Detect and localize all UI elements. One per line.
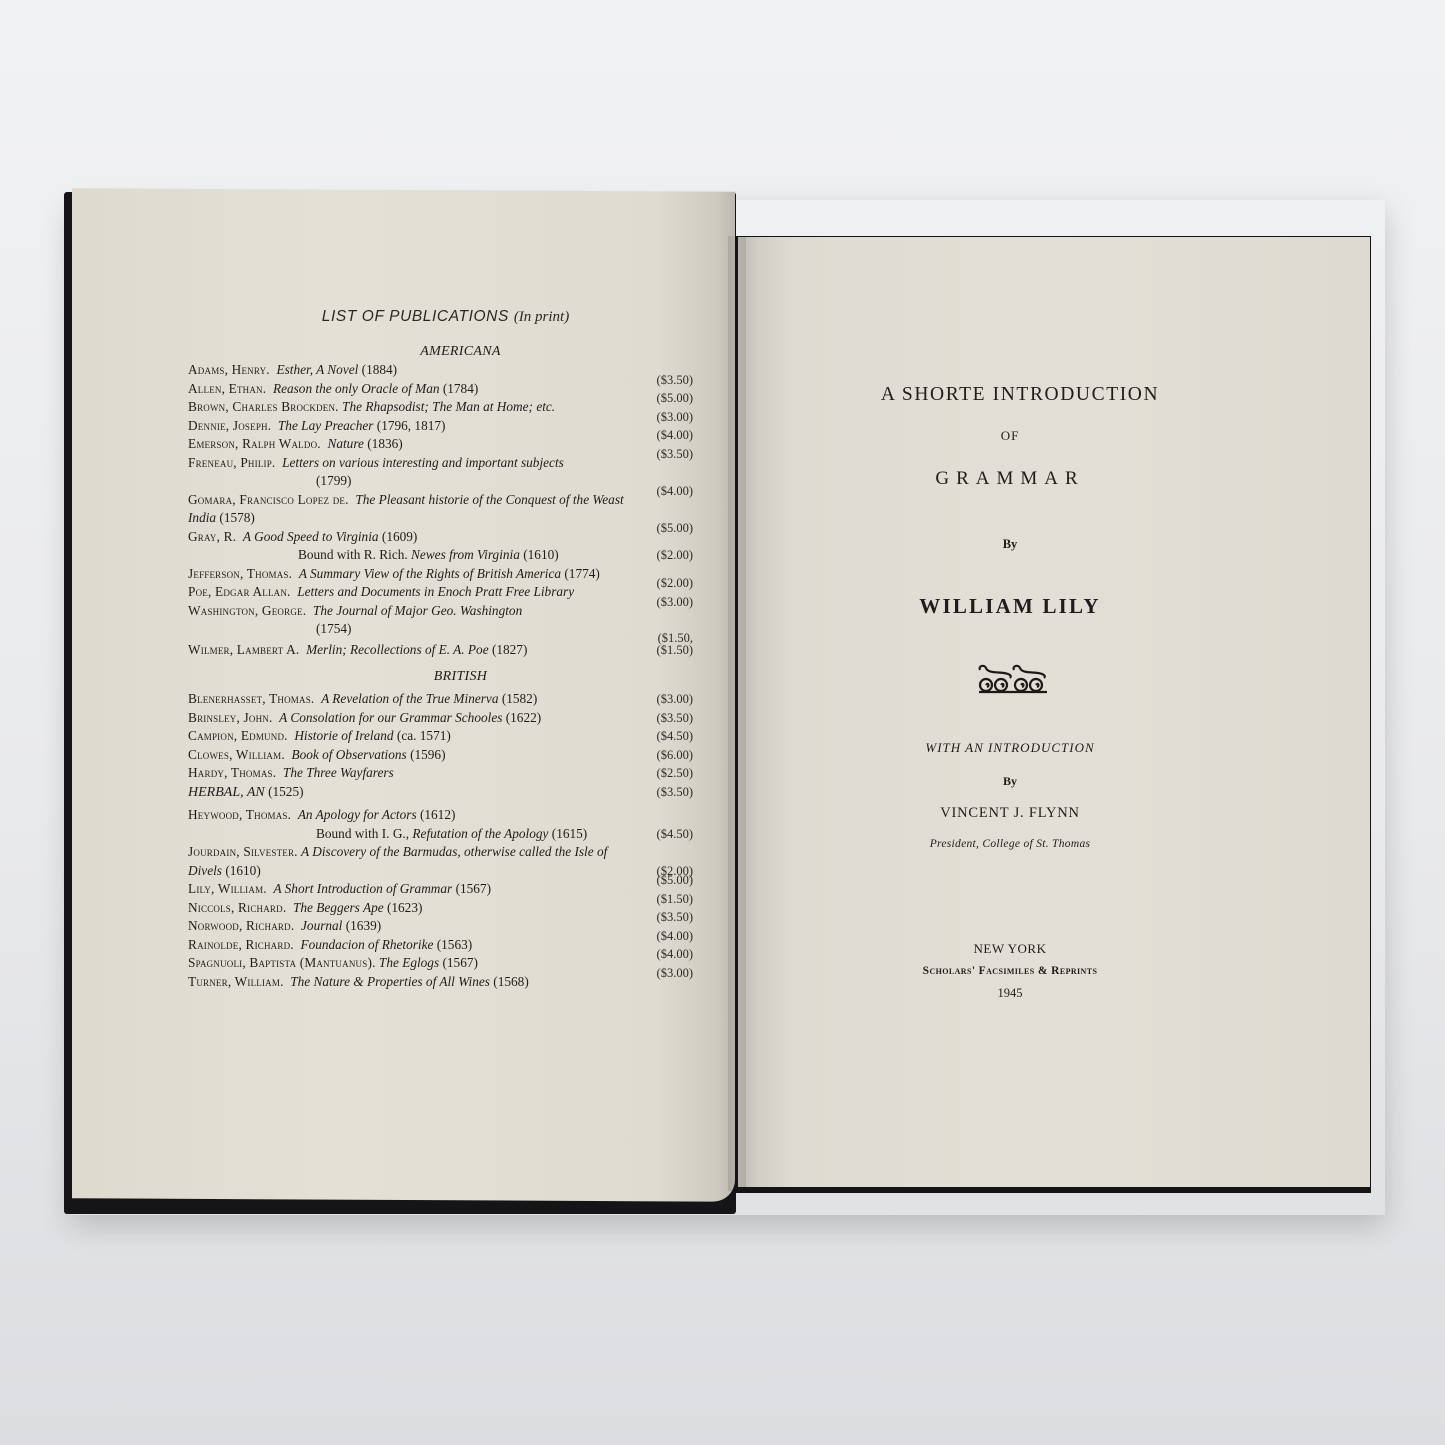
list-item: Allen, Ethan. Reason the only Oracle of …	[188, 380, 693, 399]
entry-price: ($4.00)	[657, 482, 693, 501]
entry-detail: (1774)	[564, 566, 599, 581]
entry-detail: (1612)	[420, 807, 455, 822]
entry-price: ($2.50)	[657, 764, 693, 783]
list-item: Brinsley, John. A Consolation for our Gr…	[188, 709, 693, 728]
entry-detail: (1754)	[188, 620, 635, 639]
bound-with-label: Bound with R. Rich.	[298, 547, 408, 562]
entry-price: ($3.00)	[657, 964, 693, 983]
publication-year: 1945	[740, 986, 1280, 1001]
entry-author: Allen, Ethan.	[188, 381, 266, 396]
entry-author: Campion, Edmund.	[188, 728, 288, 743]
list-item: Niccols, Richard. The Beggers Ape (1623)…	[188, 899, 693, 918]
entry-author: Clowes, William.	[188, 747, 285, 762]
entry-bound-with: Bound with I. G., Refutation of the Apol…	[188, 825, 635, 844]
entry-author: Jourdain, Silvester.	[188, 844, 298, 859]
entry-price: ($4.00)	[657, 927, 693, 946]
entry-work: The Three Wayfarers	[283, 765, 394, 780]
entry-detail: (1596)	[410, 747, 445, 762]
entry-author: Blenerhasset, Thomas.	[188, 691, 314, 706]
entry-detail: (1609)	[382, 529, 417, 544]
list-item: Rainolde, Richard. Foundacion of Rhetori…	[188, 936, 693, 955]
entry-author: Poe, Edgar Allan.	[188, 584, 291, 599]
list-item: Spagnuoli, Baptista (Mantuanus). The Egl…	[188, 954, 693, 973]
entry-detail: (1578)	[219, 510, 254, 525]
entry-author: Freneau, Philip.	[188, 455, 275, 470]
entry-detail: (1622)	[506, 710, 541, 725]
entry-author: Gray, R.	[188, 529, 236, 544]
list-item: Emerson, Ralph Waldo. Nature (1836) ($4.…	[188, 435, 693, 454]
entry-price: ($5.00)	[657, 871, 693, 890]
entry-work: The Nature & Properties of All Wines	[290, 974, 490, 989]
entry-work: Letters on various interesting and impor…	[282, 455, 564, 470]
entry-work: The Lay Preacher	[278, 418, 374, 433]
entry-detail: (1568)	[493, 974, 528, 989]
entry-price: ($3.50)	[657, 908, 693, 927]
entry-detail: (1567)	[456, 881, 491, 896]
list-item: Jourdain, Silvester. A Discovery of the …	[188, 843, 693, 880]
entry-work: An Apology for Actors	[298, 807, 417, 822]
list-item: Heywood, Thomas. An Apology for Actors (…	[188, 806, 693, 843]
entry-detail: (1567)	[442, 955, 477, 970]
list-item: Clowes, William. Book of Observations (1…	[188, 746, 693, 765]
entry-detail: (1563)	[437, 937, 472, 952]
list-item: Hardy, Thomas. The Three Wayfarers ($2.5…	[188, 764, 693, 783]
entry-work: Nature	[327, 436, 363, 451]
bound-with-detail: (1610)	[523, 547, 558, 562]
list-item: Dennie, Joseph. The Lay Preacher (1796, …	[188, 417, 693, 436]
entry-work: Foundacion of Rhetorike	[300, 937, 433, 952]
entry-detail: (1639)	[346, 918, 381, 933]
publisher: Scholars' Facsimiles & Reprints	[740, 965, 1280, 977]
introduction-author-title: President, College of St. Thomas	[740, 838, 1280, 850]
entry-author: Emerson, Ralph Waldo.	[188, 436, 321, 451]
entry-author: Adams, Henry.	[188, 362, 270, 377]
entry-detail: (1623)	[387, 900, 422, 915]
entry-bound-with: Bound with R. Rich. Newes from Virginia …	[188, 546, 635, 565]
entry-author: Washington, George.	[188, 603, 306, 618]
entry-work: The Beggers Ape	[293, 900, 384, 915]
entry-work: The Journal of Major Geo. Washington	[313, 603, 522, 618]
entry-detail: (1796, 1817)	[377, 418, 446, 433]
entry-price: ($6.00)	[657, 746, 693, 765]
entry-work: A Consolation for our Grammar Schooles	[279, 710, 502, 725]
entry-price: ($4.50)	[657, 825, 693, 844]
list-item: Washington, George. The Journal of Major…	[188, 602, 693, 639]
entry-detail: (1836)	[367, 436, 402, 451]
bound-with-work: Newes from Virginia	[411, 547, 520, 562]
introduction-author: VINCENT J. FLYNN	[740, 805, 1280, 822]
entry-price: ($3.50)	[657, 371, 693, 390]
list-heading-text: LIST OF PUBLICATIONS	[322, 308, 509, 325]
entry-work: Letters and Documents in Enoch Pratt Fre…	[297, 584, 574, 599]
list-item: Poe, Edgar Allan. Letters and Documents …	[188, 583, 693, 602]
entry-price: ($3.00)	[657, 408, 693, 427]
entry-work: Journal	[301, 918, 342, 933]
entry-work: Reason the only Oracle of Man	[273, 381, 440, 396]
entry-author: Brinsley, John.	[188, 710, 273, 725]
entry-price: ($1.50)	[657, 641, 693, 660]
entry-work: Esther, A Novel	[276, 362, 358, 377]
entry-price: ($3.50)	[657, 709, 693, 728]
section-americana: AMERICANA	[228, 343, 693, 361]
entry-price: ($3.00)	[657, 593, 693, 612]
entry-detail: (1582)	[502, 691, 537, 706]
entry-price: ($5.00)	[657, 389, 693, 408]
by-label-2: By	[740, 774, 1280, 789]
entry-work: Merlin; Recollections of E. A. Poe	[306, 642, 489, 657]
list-item: HERBAL, AN (1525) ($3.50)	[188, 783, 693, 803]
entry-price: ($4.00)	[657, 426, 693, 445]
bound-with-detail: (1615)	[552, 826, 587, 841]
list-item: Turner, William. The Nature & Properties…	[188, 973, 693, 992]
entry-work: The Rhapsodist; The Man at Home; etc.	[342, 399, 555, 414]
book-title-line3: GRAMMAR	[740, 468, 1280, 490]
entry-author: Jefferson, Thomas.	[188, 566, 292, 581]
list-item: Norwood, Richard. Journal (1639) ($3.50)	[188, 917, 693, 936]
scroll-ornament-icon	[976, 664, 1050, 696]
entry-work: Book of Observations	[292, 747, 407, 762]
book-title-line2: OF	[740, 428, 1280, 444]
entry-author: Heywood, Thomas.	[188, 807, 291, 822]
entry-work: A Revelation of the True Minerva	[321, 691, 498, 706]
entry-detail: (ca. 1571)	[397, 728, 451, 743]
entry-work: The Eglogs	[379, 955, 439, 970]
right-page	[738, 237, 1370, 1187]
entry-price: ($5.00)	[657, 519, 693, 538]
list-item: Jefferson, Thomas. A Summary View of the…	[188, 565, 693, 584]
entry-detail: (1525)	[268, 784, 303, 799]
publication-place: NEW YORK	[740, 941, 1280, 957]
list-item: Adams, Henry. Esther, A Novel (1884)	[188, 361, 693, 380]
entry-work: A Good Speed to Virginia	[243, 529, 379, 544]
bound-with-work: Refutation of the Apology	[412, 826, 548, 841]
list-item: Wilmer, Lambert A. Merlin; Recollections…	[188, 641, 693, 660]
entry-author: Rainolde, Richard.	[188, 937, 294, 952]
list-item: Gray, R. A Good Speed to Virginia (1609)…	[188, 528, 693, 565]
book-gutter	[728, 236, 746, 1191]
bound-with-label: Bound with I. G.,	[316, 826, 409, 841]
entry-detail: (1784)	[443, 381, 478, 396]
entry-price: ($2.00)	[657, 574, 693, 593]
introduction-label: WITH AN INTRODUCTION	[740, 740, 1280, 756]
entry-price: ($3.50)	[657, 783, 693, 802]
list-item: Blenerhasset, Thomas. A Revelation of th…	[188, 690, 693, 709]
entry-author: Gomara, Francisco Lopez de.	[188, 492, 349, 507]
entry-price: ($3.50)	[657, 445, 693, 464]
entry-author: Niccols, Richard.	[188, 900, 286, 915]
entry-work: A Short Introduction of Grammar	[273, 881, 452, 896]
entry-detail: (1884)	[362, 362, 397, 377]
entry-work: A Summary View of the Rights of British …	[299, 566, 561, 581]
entry-work: Historie of Ireland	[294, 728, 393, 743]
list-item: Brown, Charles Brockden. The Rhapsodist;…	[188, 398, 693, 417]
list-item: Lily, William. A Short Introduction of G…	[188, 880, 693, 899]
entry-price: ($3.00)	[657, 690, 693, 709]
publication-list: LIST OF PUBLICATIONS (In print) AMERICAN…	[188, 308, 693, 991]
entry-author: Wilmer, Lambert A.	[188, 642, 299, 657]
entry-author: HERBAL, AN	[188, 785, 265, 800]
entry-price: ($2.00)	[657, 546, 693, 565]
list-item: Campion, Edmund. Historie of Ireland (ca…	[188, 727, 693, 746]
entry-detail: (1610)	[225, 863, 260, 878]
entry-author: Brown, Charles Brockden.	[188, 399, 339, 414]
entry-author: Lily, William.	[188, 881, 267, 896]
entry-author: Dennie, Joseph.	[188, 418, 271, 433]
by-label: By	[740, 537, 1280, 552]
list-item: Gomara, Francisco Lopez de. The Pleasant…	[188, 491, 693, 528]
book-title-line1: A SHORTE INTRODUCTION	[840, 384, 1200, 406]
list-item: Freneau, Philip. Letters on various inte…	[188, 454, 693, 491]
entry-detail: (1799)	[188, 472, 635, 491]
section-british: BRITISH	[228, 668, 693, 686]
entry-author: Hardy, Thomas.	[188, 765, 276, 780]
entry-author: Spagnuoli, Baptista (Mantuanus).	[188, 955, 376, 970]
entry-author: Turner, William.	[188, 974, 284, 989]
entry-price: ($1.50)	[657, 890, 693, 909]
list-heading-sub: (In print)	[514, 309, 569, 325]
entry-author: Norwood, Richard.	[188, 918, 294, 933]
list-heading: LIST OF PUBLICATIONS (In print)	[198, 308, 693, 326]
entry-detail: (1827)	[492, 642, 527, 657]
entry-price: ($4.50)	[657, 727, 693, 746]
book-author: WILLIAM LILY	[740, 594, 1280, 619]
entry-price: ($4.00)	[657, 945, 693, 964]
